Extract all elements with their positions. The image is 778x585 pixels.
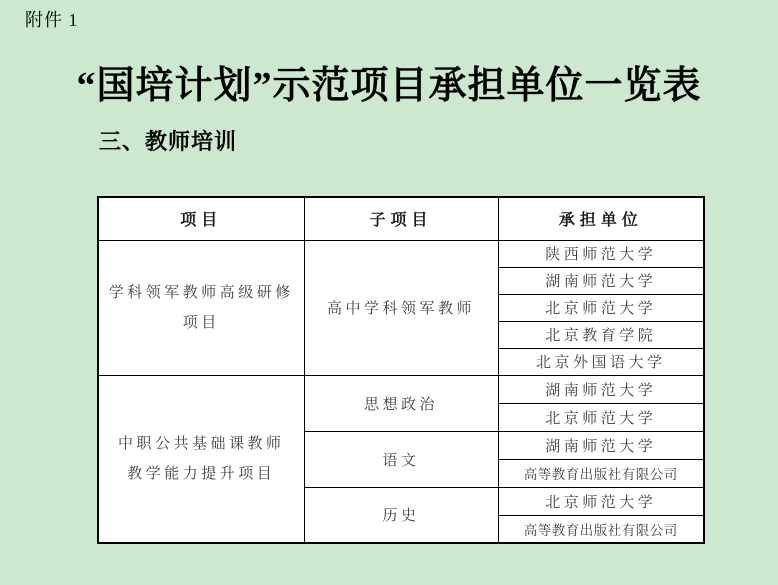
attachment-label: 附件 1 <box>25 6 79 32</box>
unit-cell: 北京师范大学 <box>498 294 704 321</box>
project-cell: 中职公共基础课教师 教学能力提升项目 <box>98 375 304 543</box>
unit-cell: 北京外国语大学 <box>498 348 704 375</box>
undertaking-units-table: 项目 子项目 承担单位 学科领军教师高级研修 项目 高中学科领军教师 陕西师范大… <box>97 196 705 544</box>
unit-cell: 湖南师范大学 <box>498 431 704 459</box>
subproject-cell: 语文 <box>304 431 498 487</box>
table-row: 中职公共基础课教师 教学能力提升项目 思想政治 湖南师范大学 <box>98 375 704 403</box>
subproject-cell: 思想政治 <box>304 375 498 431</box>
column-header-subproject: 子项目 <box>304 197 498 240</box>
section-heading: 三、教师培训 <box>99 125 237 156</box>
page-title: “国培计划”示范项目承担单位一览表 <box>0 54 778 109</box>
column-header-unit: 承担单位 <box>498 197 704 240</box>
unit-cell: 高等教育出版社有限公司 <box>498 459 704 487</box>
unit-cell: 北京师范大学 <box>498 487 704 515</box>
column-header-project: 项目 <box>98 197 304 240</box>
table-row: 学科领军教师高级研修 项目 高中学科领军教师 陕西师范大学 <box>98 240 704 267</box>
project-cell: 学科领军教师高级研修 项目 <box>98 240 304 375</box>
unit-cell: 湖南师范大学 <box>498 267 704 294</box>
table-header-row: 项目 子项目 承担单位 <box>98 197 704 240</box>
unit-cell: 北京教育学院 <box>498 321 704 348</box>
unit-cell: 湖南师范大学 <box>498 375 704 403</box>
subproject-cell: 历史 <box>304 487 498 543</box>
unit-cell: 陕西师范大学 <box>498 240 704 267</box>
unit-cell: 高等教育出版社有限公司 <box>498 515 704 543</box>
unit-cell: 北京师范大学 <box>498 403 704 431</box>
subproject-cell: 高中学科领军教师 <box>304 240 498 375</box>
document-page: 附件 1 “国培计划”示范项目承担单位一览表 三、教师培训 项目 子项目 承担单… <box>0 0 778 585</box>
